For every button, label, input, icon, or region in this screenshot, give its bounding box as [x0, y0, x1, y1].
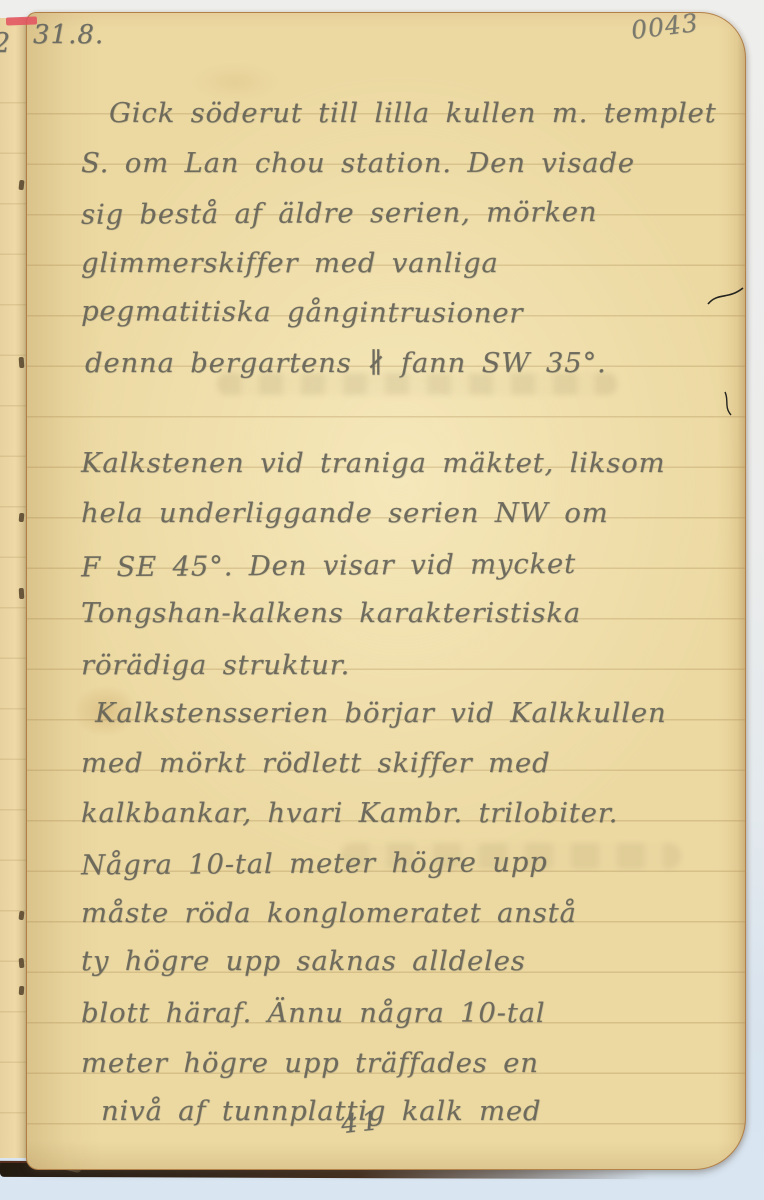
hair-squiggle	[706, 284, 746, 310]
stitch-mark	[19, 958, 25, 968]
handwritten-line: Gick söderut till lilla kullen m. temple…	[81, 88, 746, 138]
hair-artifact	[720, 390, 736, 422]
handwritten-line: ty högre upp saknas alldeles	[81, 936, 746, 986]
date-heading: 31.8.	[33, 20, 104, 50]
handwritten-line: blott häraf. Ännu några 10-tal	[81, 988, 746, 1038]
handwritten-line: denna bergartens ∦ fann SW 35°.	[81, 338, 746, 388]
page-number: 41	[340, 1106, 384, 1140]
handwritten-line: Några 10-tal meter högre upp	[81, 836, 746, 891]
handwritten-line: Kalkstenen vid traniga mäktet, liksom	[81, 438, 746, 488]
adjacent-page-number-fragment: 2	[0, 28, 10, 59]
hair-artifact	[706, 284, 746, 314]
handwritten-line: kalkbankar, hvari Kambr. trilobiter.	[81, 788, 746, 838]
handwritten-line: sig bestå af äldre serien, mörken	[81, 186, 746, 240]
stitch-mark	[19, 357, 25, 368]
handwritten-line: meter högre upp träffades en	[81, 1038, 746, 1088]
handwritten-line: nivå af tunnplattig kalk med	[81, 1086, 746, 1136]
notebook-page: Gick söderut till lilla kullen m. temple…	[26, 12, 746, 1170]
handwritten-line: måste röda konglomeratet anstå	[81, 888, 746, 938]
handwritten-line: pegmatitiska gångintrusioner	[81, 286, 746, 340]
handwritten-line: F SE 45°. Den visar vid mycket	[81, 538, 746, 593]
stitch-mark	[19, 513, 25, 522]
stitch-mark	[19, 986, 25, 995]
handwritten-line: Tongshan-kalkens karakteristiska	[81, 588, 746, 638]
hair-squiggle	[720, 390, 736, 418]
stitch-mark	[19, 588, 25, 599]
handwritten-line: hela underliggande serien NW om	[81, 488, 746, 538]
handwritten-line: med mörkt rödlett skiffer med	[81, 738, 746, 788]
handwritten-line: S. om Lan chou station. Den visade	[81, 138, 746, 188]
handwritten-line-blank	[81, 388, 746, 438]
handwritten-line: glimmerskiffer med vanliga	[81, 238, 746, 288]
handwritten-line: rörädiga struktur.	[81, 640, 746, 690]
handwritten-line: Kalkstensserien börjar vid Kalkkullen	[81, 688, 746, 738]
stitch-mark	[18, 180, 24, 190]
scanned-notebook-spread: 2 Gick söderut till lilla kullen m. temp…	[0, 0, 764, 1200]
handwriting-block: Gick söderut till lilla kullen m. temple…	[81, 88, 746, 1138]
